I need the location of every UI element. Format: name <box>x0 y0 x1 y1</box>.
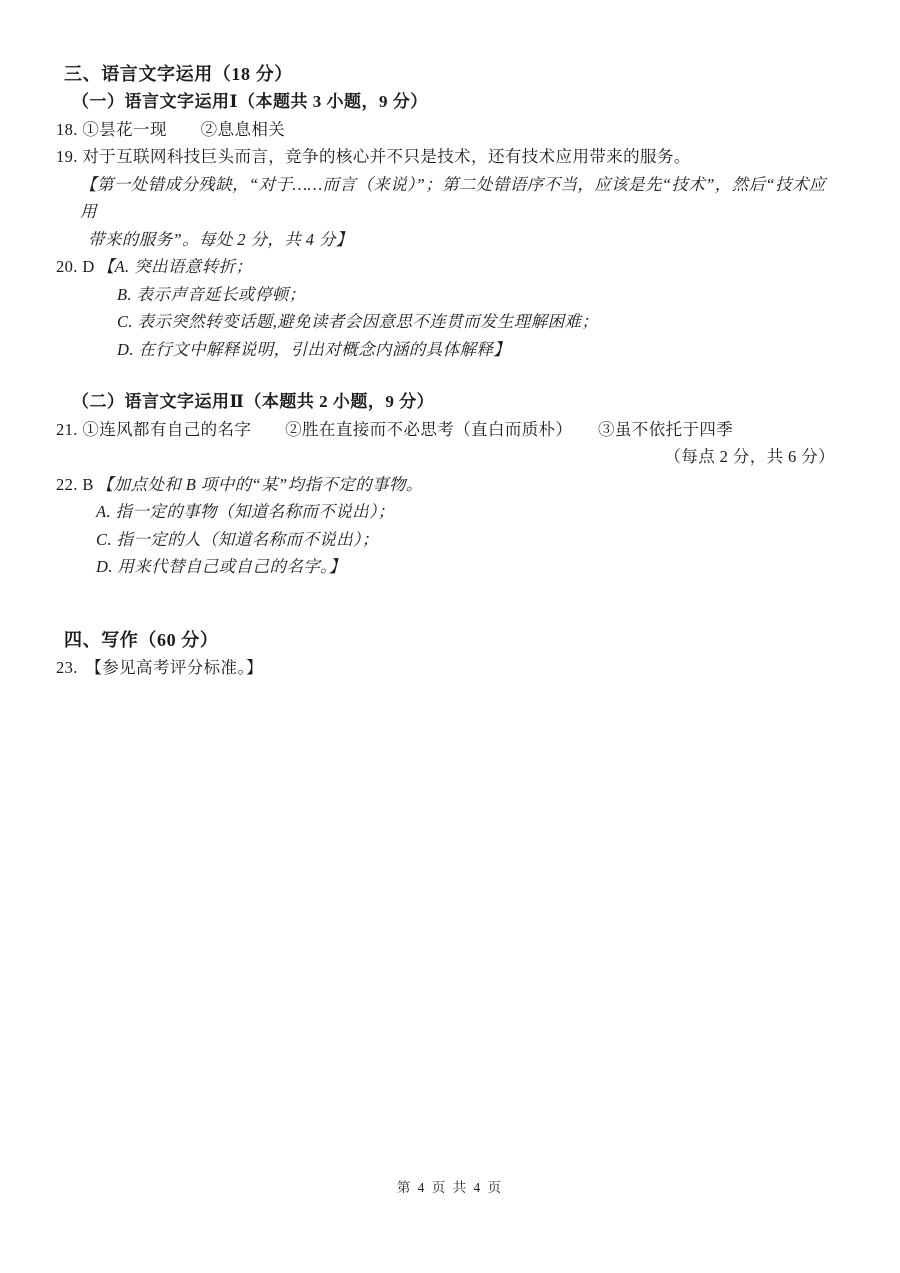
answer-23-number: 23. <box>56 658 82 677</box>
answer-18-line: 18. ①昙花一现 ②息息相关 <box>56 116 835 144</box>
answer-20-option-d: D. 在行文中解释说明，引出对概念内涵的具体解释】 <box>56 336 835 364</box>
answer-19-note-line-2: 带来的服务”。每处 2 分，共 4 分】 <box>56 226 835 254</box>
answer-22-explanation: 【加点处和 B 项中的“某”均指不定的事物。 <box>97 475 423 494</box>
section-4-heading: 四、写作（60 分） <box>56 626 835 654</box>
page-number-footer: 第 4 页 共 4 页 <box>0 1176 900 1196</box>
answer-22-option-c: C. 指一定的人（知道名称而不说出）； <box>56 526 835 554</box>
answer-21-line: 21. ①连风都有自己的名字 ②胜在直接而不必思考（直白而质朴） ③虽不依托于四… <box>56 416 835 444</box>
answer-19-line: 19. 对于互联网科技巨头而言，竞争的核心并不只是技术，还有技术应用带来的服务。 <box>56 143 835 171</box>
answer-20-line: 20. D【A. 突出语意转折； <box>56 253 835 281</box>
page-content: 三、语言文字运用（18 分） （一）语言文字运用Ⅰ（本题共 3 小题，9 分） … <box>56 60 835 681</box>
part-2-heading: （二）语言文字运用Ⅱ（本题共 2 小题，9 分） <box>56 388 835 416</box>
section-3-heading: 三、语言文字运用（18 分） <box>56 60 835 88</box>
part-1-heading: （一）语言文字运用Ⅰ（本题共 3 小题，9 分） <box>56 88 835 116</box>
answer-23-text: 【参见高考评分标准。】 <box>85 658 263 677</box>
answer-22-line: 22. B【加点处和 B 项中的“某”均指不定的事物。 <box>56 471 835 499</box>
answer-23-line: 23. 【参见高考评分标准。】 <box>56 654 835 682</box>
answer-21-score-note: （每点 2 分，共 6 分） <box>56 443 835 471</box>
answer-20-option-b: B. 表示声音延长或停顿； <box>56 281 835 309</box>
answer-22-number: 22. B <box>56 475 94 494</box>
answer-20-option-a: 【A. 突出语意转折； <box>98 257 253 276</box>
answer-22-option-a: A. 指一定的事物（知道名称而不说出）； <box>56 498 835 526</box>
answer-20-number: 20. D <box>56 257 95 276</box>
answer-19-note-line-1: 【第一处错成分残缺，“对于……而言（来说）”；第二处错语序不当，应该是先“技术”… <box>56 171 835 226</box>
exam-answer-page: 三、语言文字运用（18 分） （一）语言文字运用Ⅰ（本题共 3 小题，9 分） … <box>0 0 900 1273</box>
answer-22-option-d: D. 用来代替自己或自己的名字。】 <box>56 553 835 581</box>
answer-20-option-c: C. 表示突然转变话题,避免读者会因意思不连贯而发生理解困难； <box>56 308 835 336</box>
